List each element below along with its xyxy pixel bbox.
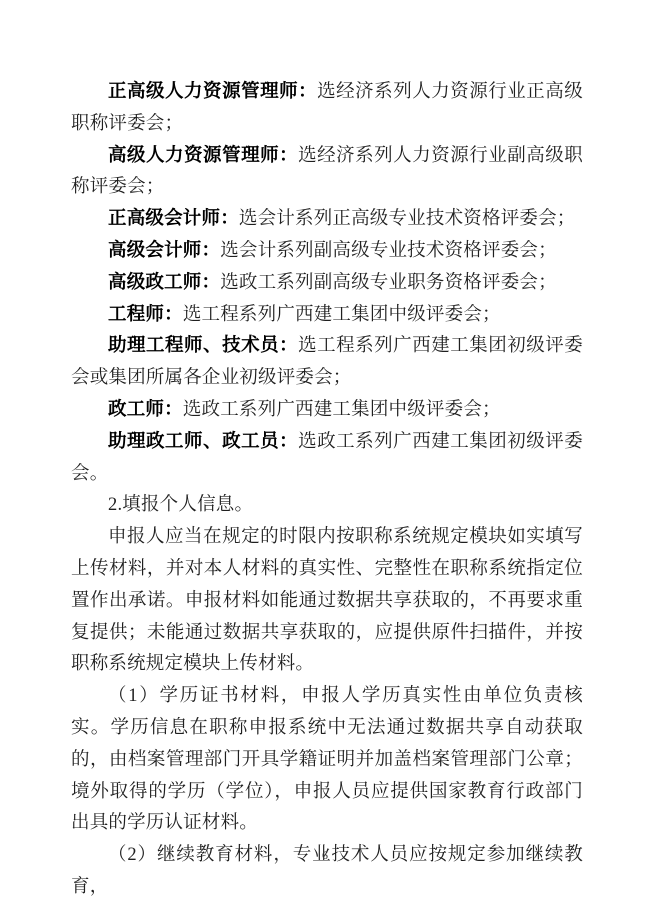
paragraph: 高级政工师：选政工系列副高级专业职务资格评委会； bbox=[71, 268, 583, 300]
paragraph: 助理政工师、政工员：选政工系列广西建工集团初级评委会。 bbox=[71, 427, 583, 491]
paragraph-label: 正高级会计师： bbox=[108, 209, 239, 229]
paragraph-label: 高级人力资源管理师： bbox=[108, 146, 298, 166]
paragraph-text: （1）学历证书材料，申报人学历真实性由单位负责核实。学历信息在职称申报系统中无法… bbox=[71, 686, 583, 833]
paragraph-label: 高级政工师： bbox=[108, 273, 220, 293]
paragraph-text: 选政工系列广西建工集团中级评委会； bbox=[183, 400, 501, 420]
document-page: 正高级人力资源管理师：选经济系列人力资源行业正高级职称评委会； 高级人力资源管理… bbox=[0, 0, 650, 920]
paragraph-label: 政工师： bbox=[108, 400, 183, 420]
paragraph-text: 选政工系列副高级专业职务资格评委会； bbox=[220, 273, 557, 293]
paragraph-label: 助理工程师、技术员： bbox=[108, 336, 298, 356]
paragraph-text: 2.填报个人信息。 bbox=[108, 495, 253, 515]
paragraph: 政工师：选政工系列广西建工集团中级评委会； bbox=[71, 395, 583, 427]
paragraph-label: 高级会计师： bbox=[108, 241, 220, 261]
paragraph: 高级人力资源管理师：选经济系列人力资源行业副高级职称评委会； bbox=[71, 141, 583, 205]
paragraph-text: 选工程系列广西建工集团中级评委会； bbox=[183, 305, 501, 325]
paragraph: 工程师：选工程系列广西建工集团中级评委会； bbox=[71, 300, 583, 332]
paragraph-label: 工程师： bbox=[108, 305, 183, 325]
paragraph: 正高级人力资源管理师：选经济系列人力资源行业正高级职称评委会； bbox=[71, 77, 583, 141]
paragraph: 申报人应当在规定的时限内按职称系统规定模块如实填写上传材料，并对本人材料的真实性… bbox=[71, 522, 583, 681]
paragraph-text: 选会计系列副高级专业技术资格评委会； bbox=[220, 241, 557, 261]
paragraph: （1）学历证书材料，申报人学历真实性由单位负责核实。学历信息在职称申报系统中无法… bbox=[71, 681, 583, 840]
paragraph-label: 正高级人力资源管理师： bbox=[108, 82, 317, 102]
paragraph: 助理工程师、技术员：选工程系列广西建工集团初级评委会或集团所属各企业初级评委会； bbox=[71, 331, 583, 395]
paragraph-label: 助理政工师、政工员： bbox=[108, 432, 298, 452]
page-number: 6 bbox=[0, 847, 650, 863]
paragraph: 高级会计师：选会计系列副高级专业技术资格评委会； bbox=[71, 236, 583, 268]
paragraph-text: 申报人应当在规定的时限内按职称系统规定模块如实填写上传材料，并对本人材料的真实性… bbox=[71, 527, 583, 674]
paragraph-text: 选会计系列正高级专业技术资格评委会； bbox=[239, 209, 576, 229]
document-body: 正高级人力资源管理师：选经济系列人力资源行业正高级职称评委会； 高级人力资源管理… bbox=[71, 77, 583, 904]
paragraph: 正高级会计师：选会计系列正高级专业技术资格评委会； bbox=[71, 204, 583, 236]
paragraph: 2.填报个人信息。 bbox=[71, 490, 583, 522]
